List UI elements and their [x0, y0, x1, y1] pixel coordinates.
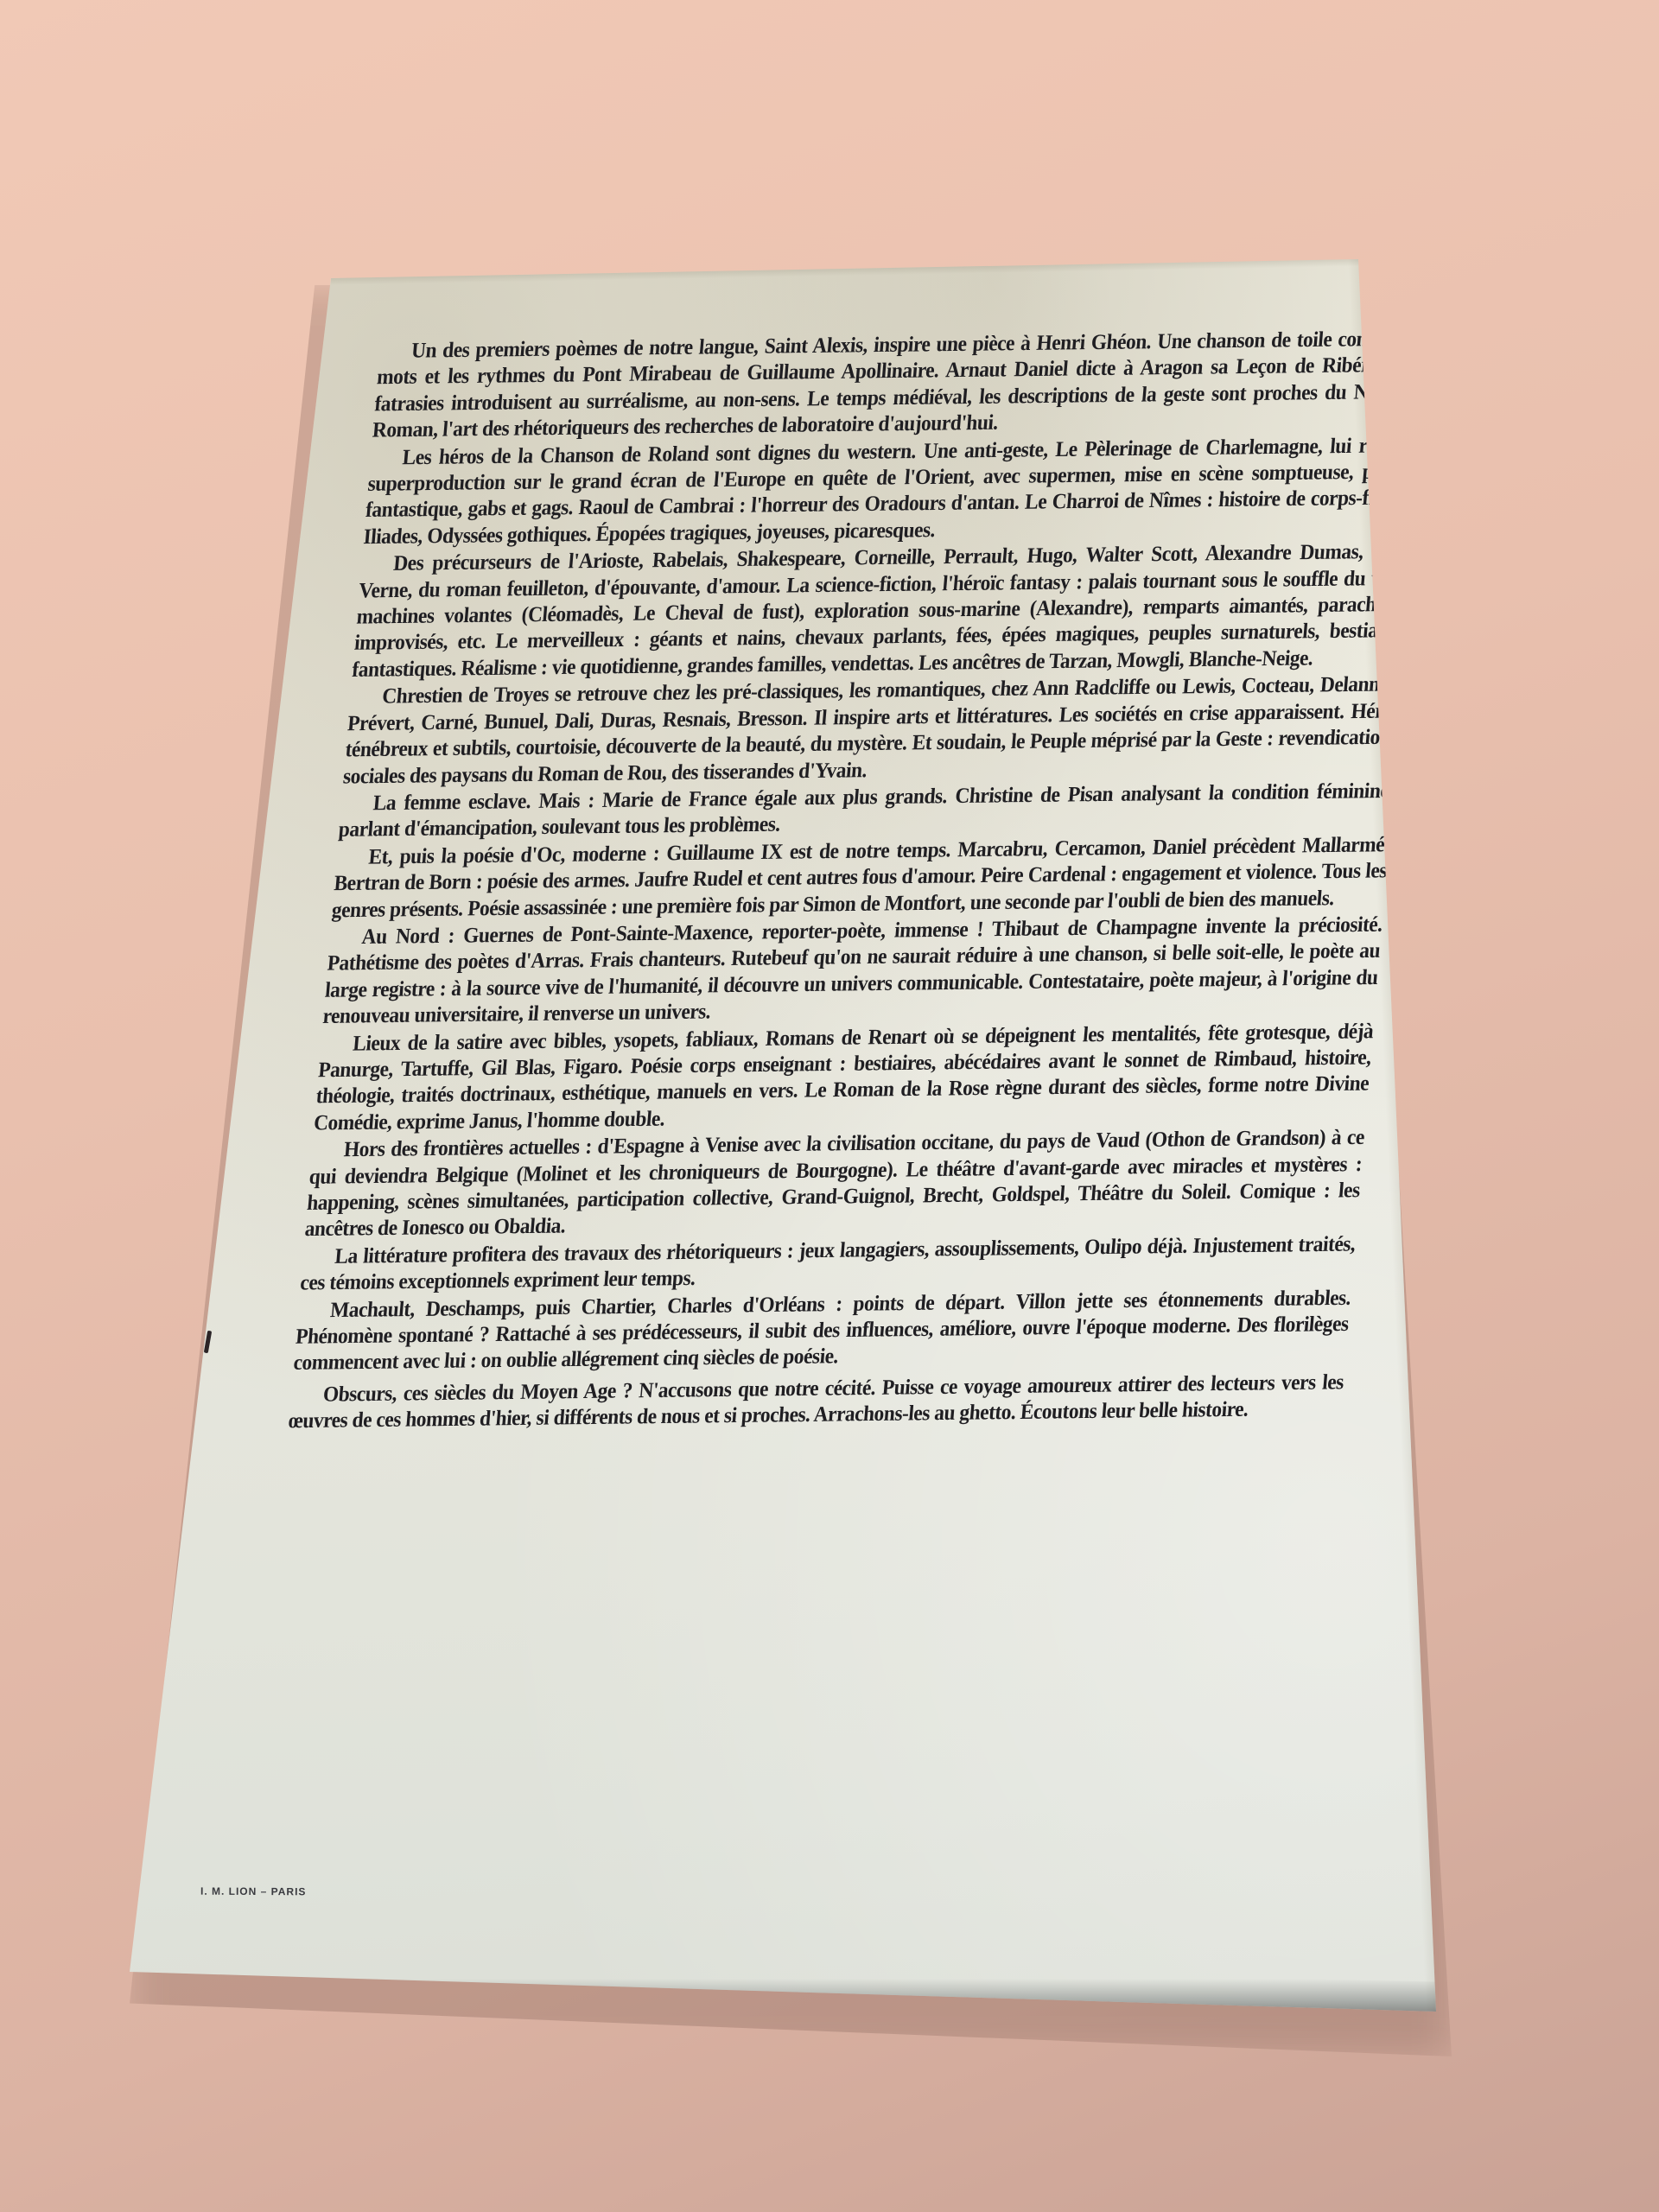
paragraph-satire: Lieux de la satire avec bibles, ysopets,… [313, 1019, 1375, 1137]
paragraph-chanson-de-roland: Les héros de la Chanson de Roland sont d… [362, 432, 1424, 550]
book-back-cover: Un des premiers poèmes de notre langue, … [0, 0, 1659, 2212]
paragraph-precurseurs: Des précurseurs de l'Arioste, Rabelais, … [351, 539, 1414, 684]
paragraph-obscurs: Obscurs, ces siècles du Moyen Age ? N'ac… [288, 1370, 1345, 1435]
paragraph-chrestien-de-troyes: Chrestien de Troyes se retrouve chez les… [342, 671, 1404, 790]
paragraph-au-nord: Au Nord : Guernes de Pont-Sainte-Maxence… [321, 912, 1383, 1030]
cover-top-edge [331, 240, 1359, 285]
printer-imprint: I. M. LION – PARIS [200, 1885, 307, 1898]
paragraph-frontieres: Hors des frontières actuelles : d'Espagn… [303, 1125, 1365, 1243]
blurb-text: Un des premiers poèmes de notre langue, … [288, 326, 1436, 1436]
paragraph-saint-alexis: Un des premiers poèmes de notre langue, … [372, 326, 1433, 444]
paragraph-poesie-d-oc: Et, puis la poésie d'Oc, moderne : Guill… [331, 832, 1390, 925]
paragraph-villon: Machault, Deschamps, puis Chartier, Char… [292, 1285, 1351, 1377]
